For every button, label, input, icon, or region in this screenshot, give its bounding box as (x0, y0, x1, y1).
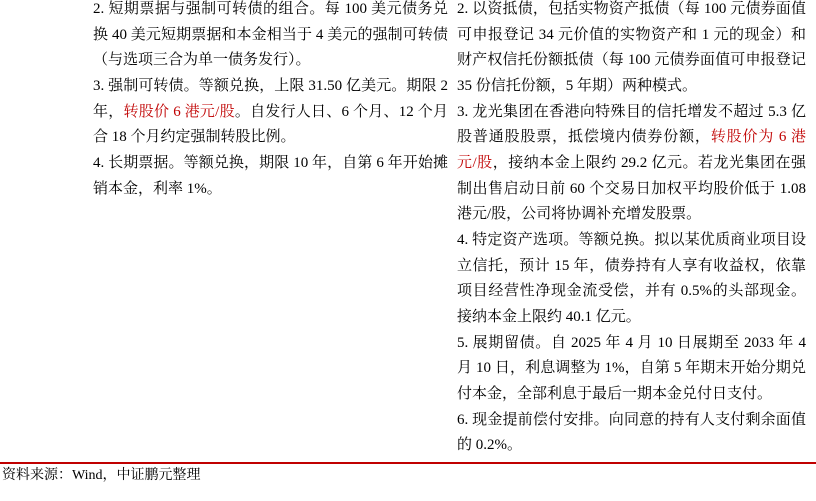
list-item: 5. 展期留债。自 2025 年 4 月 10 日展期至 2033 年 4 月 … (457, 331, 806, 408)
text-segment: 5. 展期留债。自 2025 年 4 月 10 日展期至 2033 年 4 月 … (457, 335, 806, 402)
list-item: 3. 龙光集团在香港向特殊目的信托增发不超过 5.3 亿股普通股股票，抵偿境内债… (457, 100, 806, 228)
source-note: 资料来源：Wind，中证鹏元整理 (2, 466, 201, 486)
text-segment: 2. 以资抵债，包括实物资产抵债（每 100 元债券面值可申报登记 34 元价值… (457, 1, 806, 94)
footnote-divider-line (0, 462, 816, 464)
list-item: 2. 以资抵债，包括实物资产抵债（每 100 元债券面值可申报登记 34 元价值… (457, 0, 806, 100)
text-segment: ，接纳本金上限约 29.2 亿元。若龙光集团在强制出售启动日前 60 个交易日加… (457, 155, 806, 222)
highlighted-text: 转股价 6 港元/股 (123, 104, 234, 120)
list-item: 4. 长期票据。等额兑换，期限 10 年，自第 6 年开始摊销本金，利率 1%。 (93, 151, 448, 202)
text-segment: 2. 短期票据与强制可转债的组合。每 100 美元债务兑换 40 美元短期票据和… (93, 1, 448, 68)
right-column: 2. 以资抵债，包括实物资产抵债（每 100 元债券面值可申报登记 34 元价值… (457, 0, 806, 459)
text-segment: 4. 长期票据。等额兑换，期限 10 年，自第 6 年开始摊销本金，利率 1%。 (93, 155, 448, 197)
text-segment: 6. 现金提前偿付安排。向同意的持有人支付剩余面值的 0.2%。 (457, 412, 806, 454)
list-item: 2. 短期票据与强制可转债的组合。每 100 美元债务兑换 40 美元短期票据和… (93, 0, 448, 74)
left-column: 2. 短期票据与强制可转债的组合。每 100 美元债务兑换 40 美元短期票据和… (93, 0, 448, 202)
list-item: 6. 现金提前偿付安排。向同意的持有人支付剩余面值的 0.2%。 (457, 408, 806, 459)
list-item: 3. 强制可转债。等额兑换，上限 31.50 亿美元。期限 2 年，转股价 6 … (93, 74, 448, 151)
list-item: 4. 特定资产选项。等额兑换。拟以某优质商业项目设立信托，预计 15 年，债券持… (457, 228, 806, 331)
text-segment: 4. 特定资产选项。等额兑换。拟以某优质商业项目设立信托，预计 15 年，债券持… (457, 232, 806, 325)
